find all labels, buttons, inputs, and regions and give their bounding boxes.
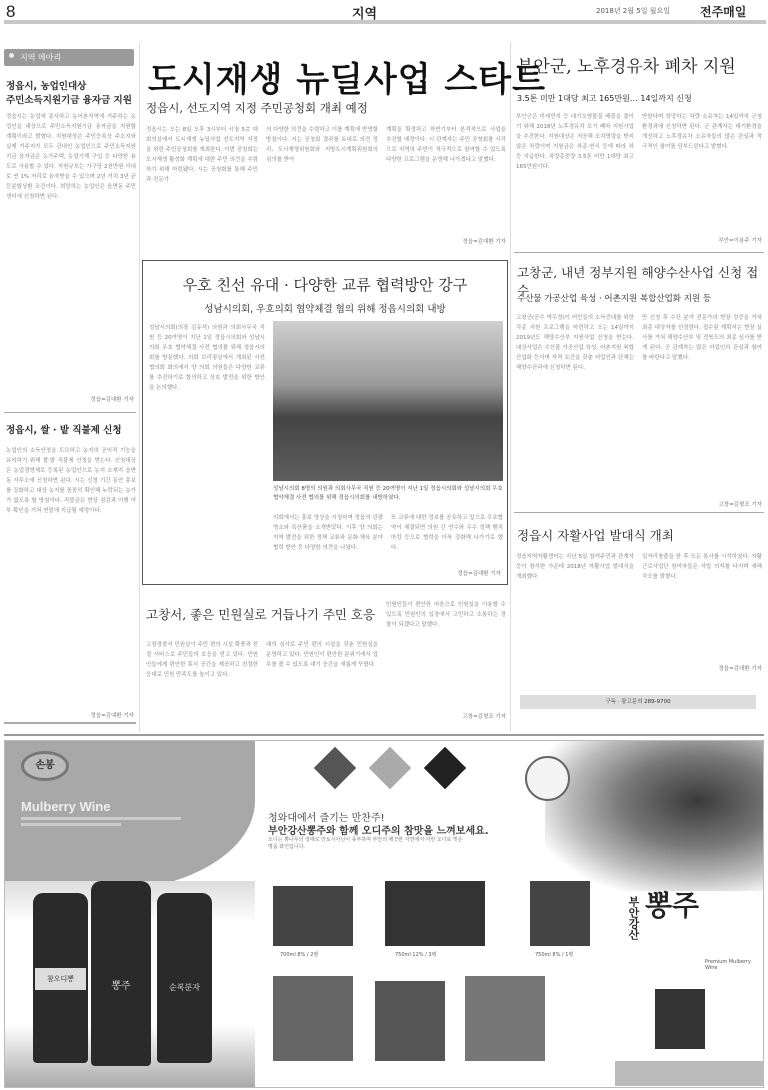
boxed-article: 우호 친선 유대 · 다양한 교류 협력방안 강구 성남시의회, 우호의회 협약… (142, 260, 508, 585)
mulberry-photo (545, 741, 763, 891)
main-subheadline: 정읍시, 선도지역 지정 주민공청회 개최 예정 (146, 100, 368, 116)
gift-set[interactable] (375, 981, 445, 1061)
article-body: 성남시의회(의장 김유석) 의원과 의회사무국 직원 등 20여명이 지난 1일… (149, 323, 265, 575)
price-tag: 750ml 12% / 3병 (395, 951, 436, 958)
gift-set[interactable] (655, 989, 705, 1049)
fruit-image-icon (369, 747, 411, 789)
wine-bottle[interactable]: 순복분자 (157, 893, 212, 1063)
brand-sub: Premium Mulberry Wine (705, 959, 763, 971)
brand-tagline-line (21, 823, 121, 826)
certification-badge-icon (424, 747, 466, 789)
gift-set[interactable] (273, 886, 353, 946)
article-subtitle: 성남시의회, 우호의회 협약체결 협의 위해 정읍시의회 내방 (143, 301, 507, 315)
wine-bottle[interactable]: 참오디뽕 (33, 893, 88, 1063)
divider (4, 412, 136, 413)
article-title[interactable]: 정읍시 자활사업 발대식 개최 (517, 526, 674, 544)
title-line: 주민소득지원기금 융자금 지원 (6, 94, 136, 108)
article-body: 의 다양한 의견을 수렴하고 이를 계획에 반영할 방침이다. 시는 공청회 결… (266, 125, 378, 245)
bottle-label: 뽕주 (95, 976, 147, 998)
price-tag: 750ml 8% / 1병 (535, 951, 573, 958)
ad-headline: 부안강산뽕주와 함께 오디주의 참맛을 느껴보세요. (268, 822, 489, 837)
byline: 정읍=김대환 기자 (642, 664, 762, 672)
byline: 정읍=김대환 기자 (391, 569, 501, 577)
wine-bottle[interactable]: 뽕주 (91, 881, 151, 1066)
section-tag: 지역 메아리 (4, 49, 134, 66)
issue-date: 2018년 2월 5일 월요일 (596, 6, 670, 16)
ad-description: 오디는 뽕나무의 열매로 안토시아닌이 풍부하며 부안의 깨끗한 자연에서 자란… (268, 837, 468, 851)
article-subtitle: 3.5톤 미만 1대당 최고 165만원… 14일까지 신청 (517, 93, 692, 104)
byline: 정읍=김대환 기자 (386, 237, 506, 245)
article-body: 일자리창출을 한 후 모든 봉사를 시작하였다. 자활근로사업단 참여자들은 자… (642, 552, 762, 662)
article-title[interactable]: 정읍시, 농업인대상 주민소득지원기금 융자금 지원 (6, 80, 136, 108)
brand-english-name: Mulberry Wine (21, 799, 110, 814)
column-divider (139, 42, 140, 732)
gift-set[interactable] (385, 881, 485, 946)
brand-tagline-line (21, 817, 181, 820)
article-body: 정읍시는 오는 8일 오후 3시부터 시청 5층 대회의실에서 도시재생 뉴딜사… (146, 125, 258, 245)
price-tag: 700ml 8% / 2병 (280, 951, 318, 958)
title-line: 정읍시, 농업인대상 (6, 80, 136, 94)
meeting-photo (273, 321, 503, 481)
byline: 정읍=김대환 기자 (6, 395, 134, 403)
divider (4, 734, 764, 736)
byline: 고창=김형조 기자 (386, 712, 506, 720)
divider (514, 252, 764, 253)
main-headline[interactable]: 도시재생 뉴딜사업 스타트 (148, 52, 546, 101)
byline: 정읍=김대환 기자 (6, 711, 134, 719)
bottle-label: 참오디뽕 (35, 968, 86, 990)
article-body: 고창경찰서 민원실이 주민 편의 시설 확충과 친절 서비스로 주민들의 호응을… (146, 640, 258, 725)
article-body: 고창군(군수 박우정)이 어민들의 소득증대를 위한 각종 지원 프로그램을 마… (516, 313, 634, 513)
article-title[interactable]: 부안군, 노후경유차 폐차 지원 (517, 52, 736, 77)
article-body: 농업인의 소득안정을 도모하고 농지의 공익적 기능을 유지하기 위해 쌀·밭 … (6, 446, 136, 710)
subscribe-box: 구독 · 광고문의 289-9700 (520, 695, 756, 709)
article-body: 계획을 확정하고 하반기부터 본격적으로 사업을 추진할 예정이다. 시 관계자… (386, 125, 506, 235)
article-subtitle: 수산물 가공산업 육성 · 어촌지원 복합산업화 지원 등 (517, 292, 711, 304)
article-body: 민원인들이 편안한 마음으로 민원실을 이용할 수 있도록 민원인의 입장에서 … (386, 600, 506, 710)
byline: 부안=이용주 기자 (642, 236, 762, 244)
page-number: 8 (6, 2, 15, 22)
vertical-brand: 부안강산 (625, 896, 641, 940)
byline: 고창=김형조 기자 (642, 500, 762, 508)
article-body: 의회에서는 홍보 영상을 시청하며 정읍의 관광명소와 특산품을 소개받았다. … (273, 513, 383, 577)
big-brand: 뽕주 (645, 891, 699, 921)
bottle-label: 순복분자 (159, 978, 210, 998)
article-body: 만 신청 후 수산 분야 전문가의 현장 검증을 거쳐 최종 대상자를 선정한다… (642, 313, 762, 493)
divider (514, 512, 764, 513)
gift-set[interactable] (465, 976, 545, 1061)
article-body: 정읍시는 농업에 종사하고 농어촌지역에 거주하는 농업인을 대상으로 주민소득… (6, 112, 136, 387)
column-divider (510, 42, 511, 732)
article-title[interactable]: 고창서, 좋은 민원실로 거듭나기 주민 호응 (146, 605, 375, 623)
newspaper-name: 전주매일 (700, 3, 746, 20)
divider (4, 722, 136, 724)
berry-image-icon (314, 747, 356, 789)
ad-footer-bar (615, 1061, 763, 1086)
brand-logo: 손봉 (21, 751, 69, 781)
header-divider (4, 20, 766, 24)
wine-advertisement[interactable]: 손봉 Mulberry Wine 청와대에서 즐기는 만찬주! 부안강산뽕주와 … (4, 740, 764, 1088)
gift-set[interactable] (530, 881, 590, 946)
article-body: 또 교류에 대한 정보를 공유하고 앞으로 우호협약이 체결되면 의원 간 연수… (391, 513, 503, 563)
article-title[interactable]: 정읍시, 쌀 · 밭 직불제 신청 (6, 424, 136, 438)
article-body: 반한다며 희망하는 차량 소유자는 14일까지 군청 환경과에 신청하면 된다.… (642, 112, 762, 222)
article-body: 대의 심사로 주민 편의 시설을 갖춘 민원실을 운영하고 있다. 민원인이 편… (266, 640, 378, 725)
article-body: 부안군은 미세먼지 등 대기오염물질 배출을 줄이기 위해 2018년 노후경유… (516, 112, 634, 242)
gift-set[interactable] (273, 976, 353, 1061)
photo-caption: 성남시의회 8명의 의원과 의회사무국 직원 등 20여명이 지난 1일 정읍시… (273, 485, 503, 503)
article-body: 정읍지역자활센터는 지난 5일 참여주민과 관계자 등이 참석한 가운데 201… (516, 552, 634, 672)
article-title[interactable]: 우호 친선 유대 · 다양한 교류 협력방안 강구 (143, 274, 507, 295)
mascot-icon (525, 756, 570, 801)
